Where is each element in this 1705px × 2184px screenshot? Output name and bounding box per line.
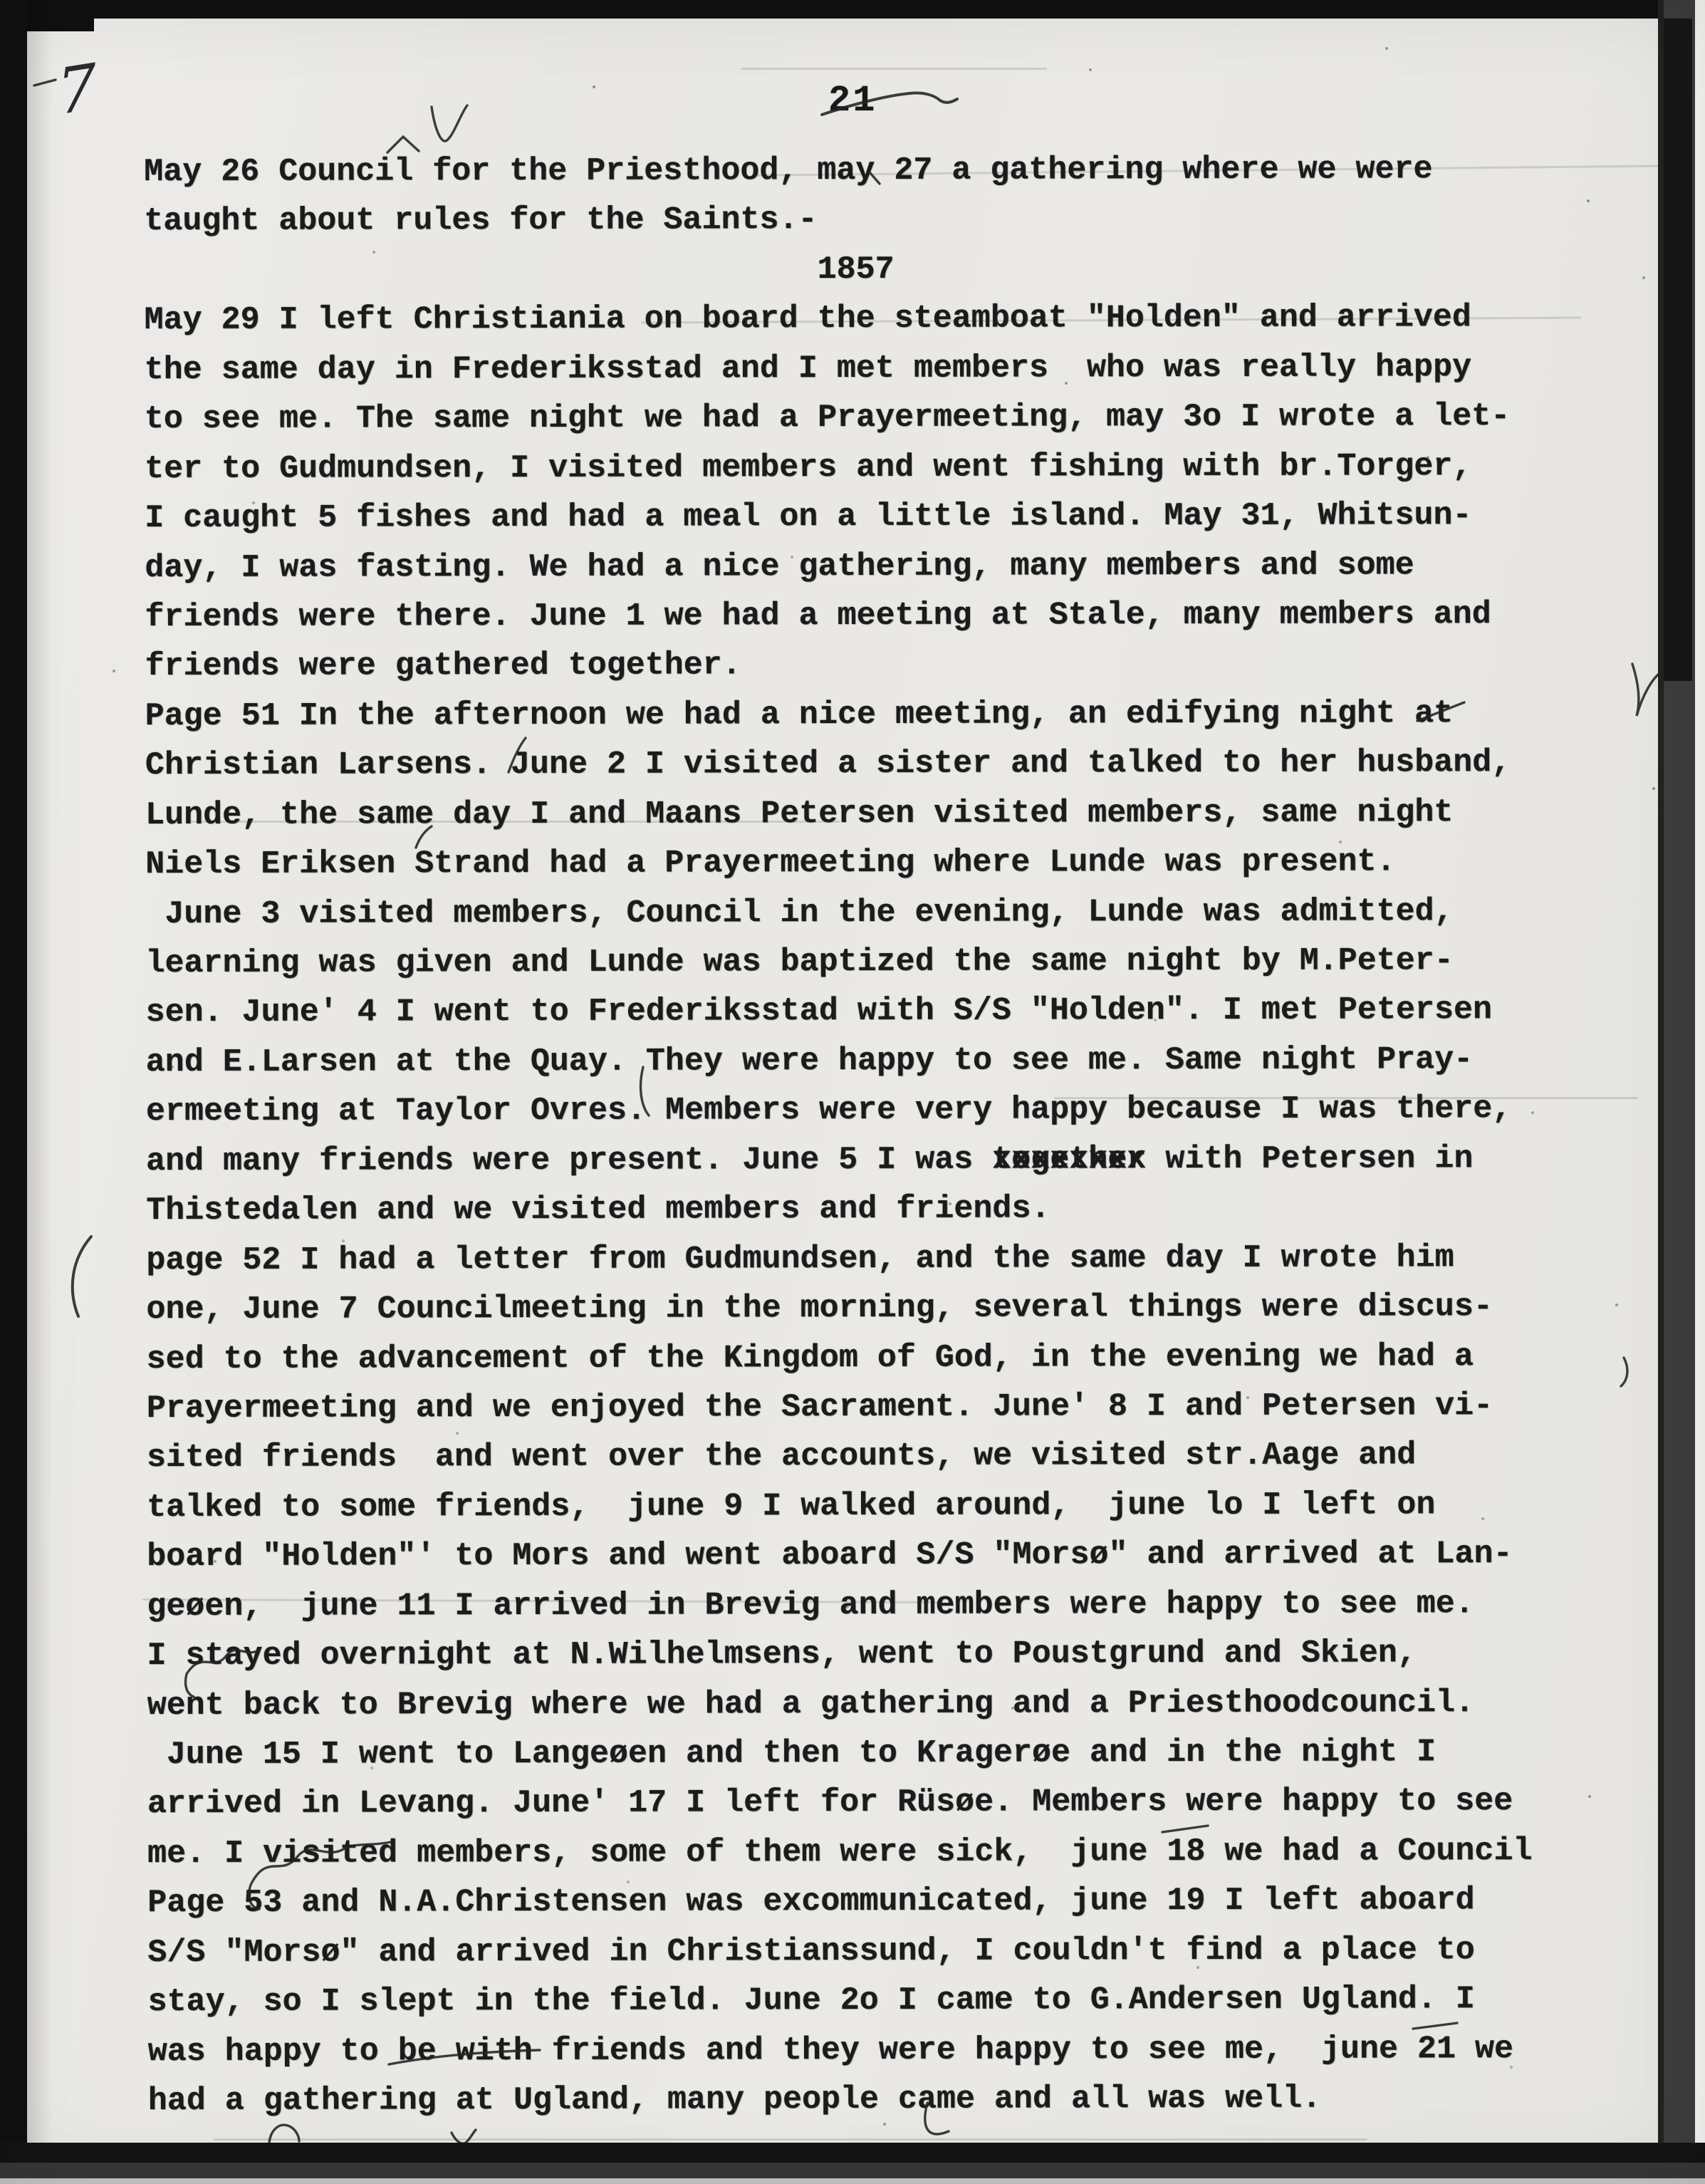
typed-line: Lunde, the same day I and Maans Petersen… [145,788,1530,841]
typed-line: sited friends and went over the accounts… [147,1430,1531,1483]
scan-streak [214,2138,1367,2141]
scan-border-top [0,0,1705,19]
typed-line: learning was given and Lunde was baptize… [145,936,1530,989]
typed-text-block: May 26 Council for the Priesthood, may 2… [144,145,1533,2126]
typed-line: I caught 5 fishes and had a meal on a li… [145,491,1529,544]
typed-line: and E.Larsen at the Quay. They were happ… [146,1035,1531,1088]
typed-line: arrived in Levang. June' 17 I left for R… [147,1777,1532,1829]
typed-line: board "Holden"' to Mors and went aboard … [147,1529,1531,1582]
comma-mark-icon [1621,1358,1627,1386]
paren-mark-icon [73,1237,91,1316]
typed-line: sed to the advancement of the Kingdom of… [147,1331,1531,1384]
scan-edge-bottom-light [0,2178,1705,2184]
typed-line: to see me. The same night we had a Praye… [145,392,1529,444]
scan-border-left [0,0,27,2184]
typed-line: went back to Brevig where we had a gathe… [147,1678,1532,1731]
check-mark-icon [432,105,467,141]
scanned-page: 7 21 May 26 Council for the Priesthood, … [0,0,1705,2184]
typed-line: May 29 I left Christiania on board the s… [145,293,1529,345]
typed-line: page 52 I had a letter from Gudmundsen, … [146,1233,1531,1286]
scan-margin-right [1695,0,1705,2184]
typed-line: Prayermeeting and we enjoyed the Sacrame… [147,1381,1531,1434]
typed-line: had a gathering at Ugland, many people c… [148,2074,1533,2126]
typed-line: I stayed overnight at N.Wilhelmsens, wen… [147,1628,1531,1681]
typed-line: Christian Larsens. June 2 I visited a si… [145,738,1530,791]
typed-line: 1857 [144,244,1528,296]
typed-line: sen. June' 4 I went to Frederiksstad wit… [146,985,1531,1038]
typed-line: geøen, june 11 I arrived in Brevig and m… [147,1579,1531,1632]
typed-line: stay, so I slept in the field. June 2o I… [147,1975,1532,2027]
scan-edge-line-right [1658,0,1664,2184]
typed-line: friends were there. June 1 we had a meet… [145,590,1529,643]
typed-line: taught about rules for the Saints.- [144,194,1528,246]
typed-line: and many friends were present. June 5 I … [146,1134,1531,1187]
handwritten-margin-numeral: 7 [56,49,99,129]
typed-line: Page 53 and N.A.Christensen was excommun… [147,1876,1532,1928]
scan-streak [741,68,1047,70]
typed-line: day, I was fasting. We had a nice gather… [145,540,1529,593]
typed-line: talked to some friends, june 9 I walked … [147,1480,1531,1533]
scan-border-right-dark [1664,19,1692,681]
typed-line: Niels Eriksen Strand had a Prayermeeting… [145,837,1530,890]
v-mark-icon [452,2130,476,2143]
typed-line: June 3 visited members, Council in the e… [145,887,1530,940]
typed-line: one, June 7 Councilmeeting in the mornin… [146,1282,1531,1335]
typed-line: ter to Gudmundsen, I visited members and… [145,442,1529,494]
typed-line: S/S "Morsø" and arrived in Christianssun… [147,1925,1532,1978]
struck-out-word: togetherxxxxxxxx [992,1135,1146,1185]
typed-line: the same day in Frederiksstad and I met … [145,343,1529,395]
typed-line: Thistedalen and we visited members and f… [146,1183,1531,1236]
page-number: 21 [828,80,877,122]
typed-line: Page 51 In the afternoon we had a nice m… [145,689,1530,742]
scan-shadow-left [27,0,53,2184]
typed-line: me. I visited members, some of them were… [147,1826,1532,1879]
typed-line: friends were gathered together. [145,639,1530,692]
typed-line: May 26 Council for the Priesthood, may 2… [144,145,1528,197]
typed-line: was happy to be with friends and they we… [148,2024,1533,2077]
scan-border-bottom-gray [0,2163,1705,2178]
scan-border-bottom [0,2143,1705,2163]
typed-line: ermeeting at Taylor Ovres. Members were … [146,1084,1531,1137]
typed-line: June 15 I went to Langeøen and then to K… [147,1727,1532,1780]
